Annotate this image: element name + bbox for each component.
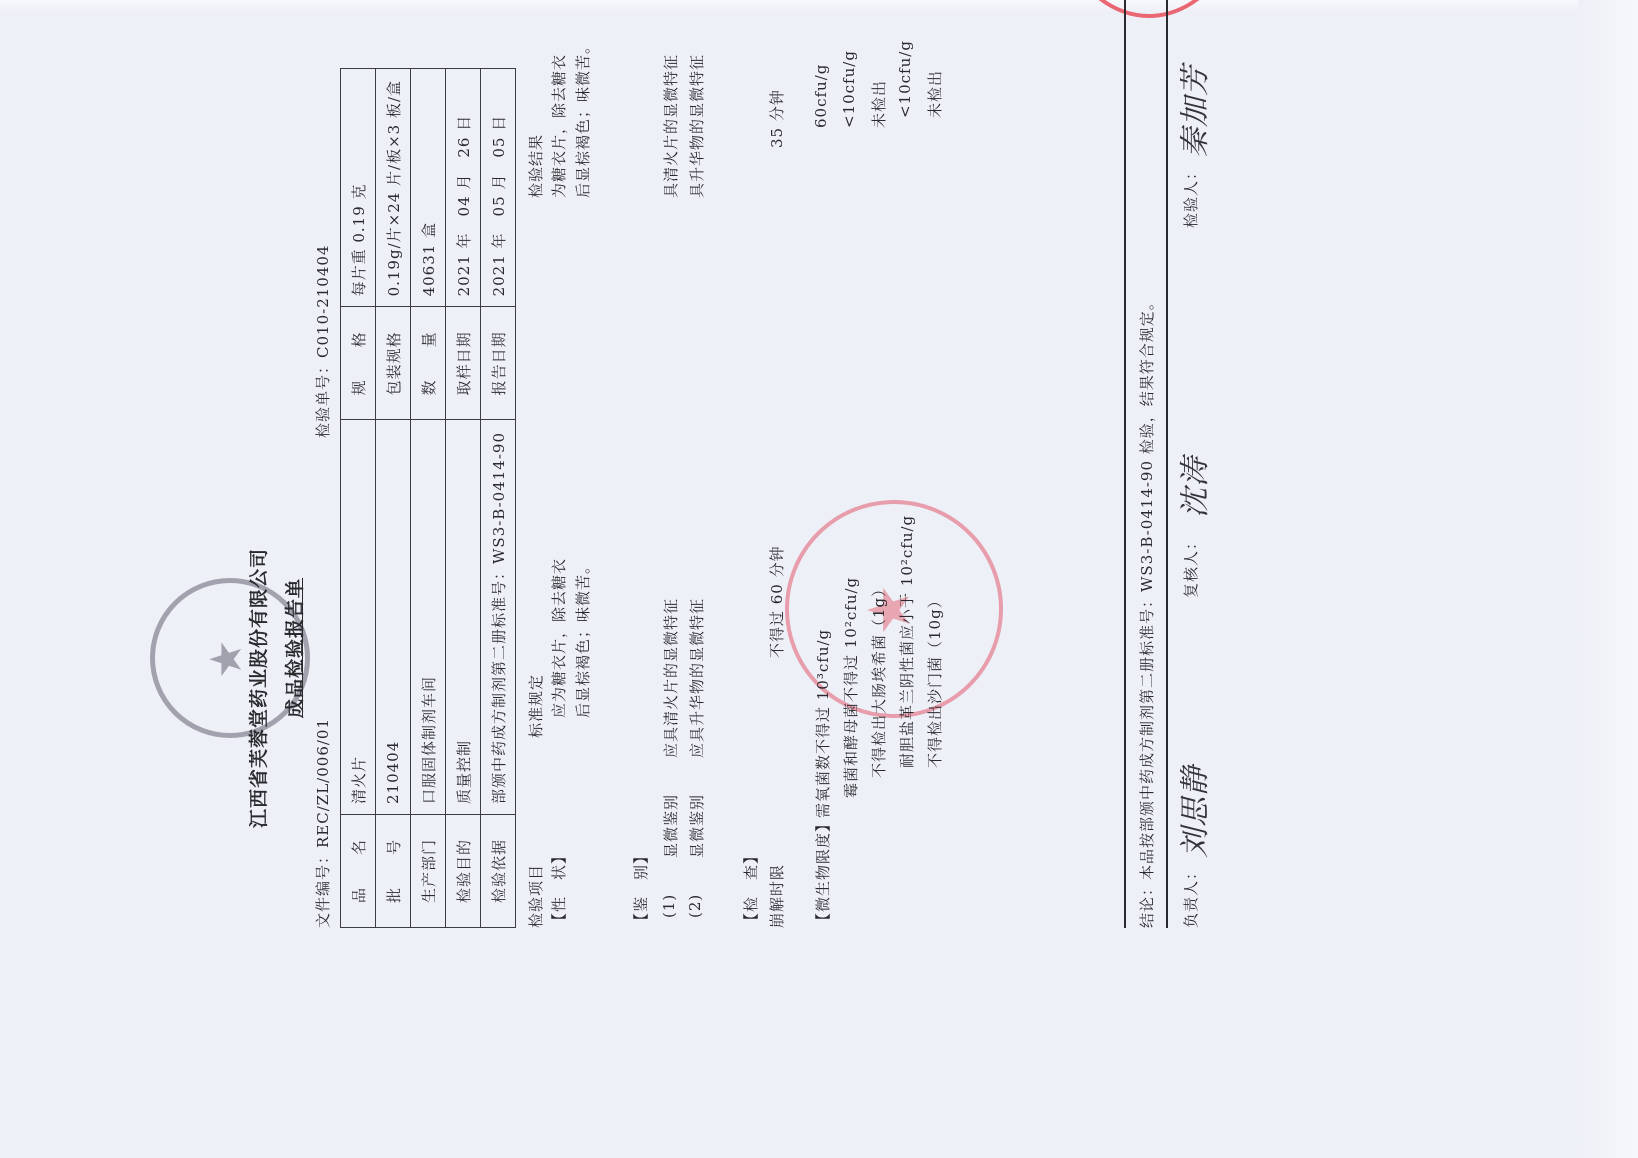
- microbial-4-standard: 耐胆盐革兰阴性菌应小于 10²cfu/g: [896, 515, 917, 768]
- identification-2-standard: 应具升华物的显微特征: [686, 598, 707, 758]
- info-label: 取样日期: [446, 307, 481, 420]
- info-table: 品 名清火片规 格每片重 0.19 克批 号210404包装规格0.19g/片×…: [340, 68, 516, 928]
- identification-1-standard: 应具清火片的显微特征: [660, 598, 681, 758]
- info-value: 2021 年 05 月 05 日: [481, 69, 516, 307]
- info-label: 检验目的: [446, 815, 481, 928]
- info-label: 包装规格: [376, 307, 411, 420]
- microbial-4-result: <10cfu/g: [896, 40, 914, 118]
- identification-1-result: 具清火片的显微特征: [660, 54, 681, 198]
- info-value: 部颁中药成方制剂第二册标准号：WS3-B-0414-90: [481, 420, 516, 815]
- identification-1-no: (1): [660, 894, 678, 918]
- section-character-title: 【性 状】: [548, 848, 569, 928]
- identification-1-name: 显微鉴别: [660, 794, 681, 858]
- info-value: 每片重 0.19 克: [341, 69, 376, 307]
- section-inspection-title: 【检 查】: [740, 848, 761, 928]
- info-label: 规 格: [341, 307, 376, 420]
- column-header-standard: 标准规定: [525, 674, 546, 738]
- microbial-1-result: 60cfu/g: [812, 64, 830, 128]
- identification-2-result: 具升华物的显微特征: [686, 54, 707, 198]
- character-result-2: 后显棕褐色；味微苦。: [572, 38, 593, 198]
- microbial-5-result: 未检出: [924, 70, 945, 118]
- info-label: 检验依据: [481, 815, 516, 928]
- info-row: 生产部门口服固体制剂车间数 量40631 盒: [411, 69, 446, 928]
- info-value: 质量控制: [446, 420, 481, 815]
- inspection-report-sheet: ★ 江西省芙蓉堂药业股份有限公司 成品检验报告单 文件编号：REC/ZL/006…: [240, 0, 1638, 1158]
- info-row: 检验目的质量控制取样日期2021 年 04 月 26 日: [446, 69, 481, 928]
- company-name: 江西省芙蓉堂药业股份有限公司: [244, 548, 271, 828]
- info-value: 口服固体制剂车间: [411, 420, 446, 815]
- microbial-2-result: <10cfu/g: [840, 50, 858, 128]
- inspection-number: 检验单号：C010-210404: [312, 245, 333, 438]
- info-row: 批 号210404包装规格0.19g/片×24 片/板×3 板/盒: [376, 69, 411, 928]
- info-label: 批 号: [376, 815, 411, 928]
- reviewer-label: 复核人：: [1180, 534, 1201, 598]
- inspector-label: 检验人：: [1180, 164, 1201, 228]
- column-header-item: 检验项目: [525, 864, 546, 928]
- info-row: 检验依据部颁中药成方制剂第二册标准号：WS3-B-0414-90报告日期2021…: [481, 69, 516, 928]
- info-value: 2021 年 04 月 26 日: [446, 69, 481, 307]
- report-title: 成品检验报告单: [280, 578, 307, 718]
- character-standard-2: 后显棕褐色；味微苦。: [572, 558, 593, 718]
- info-value: 清火片: [341, 420, 376, 815]
- reviewer-signature: 沈涛: [1170, 456, 1214, 518]
- info-value: 210404: [376, 420, 411, 815]
- info-label: 生产部门: [411, 815, 446, 928]
- info-row: 品 名清火片规 格每片重 0.19 克: [341, 69, 376, 928]
- microbial-3-standard: 不得检出大肠埃希菌（1g）: [868, 581, 889, 778]
- disintegration-name: 崩解时限: [766, 864, 787, 928]
- divider: [1124, 0, 1126, 928]
- divider: [1166, 0, 1168, 928]
- company-seal-stamp: 江西省芙蓉堂药业股份有限公司 ★ 质量管理部专用章: [1050, 0, 1248, 18]
- document-number: 文件编号：REC/ZL/006/01: [312, 718, 333, 928]
- info-label: 报告日期: [481, 307, 516, 420]
- microbial-5-standard: 不得检出沙门菌（10g）: [924, 592, 945, 768]
- inspector-signature: 秦加芳: [1170, 65, 1214, 158]
- responsible-label: 负责人：: [1180, 864, 1201, 928]
- microbial-3-result: 未检出: [868, 80, 889, 128]
- microbial-2-standard: 霉菌和酵母菌不得过 10²cfu/g: [840, 577, 861, 798]
- disintegration-standard: 不得过 60 分钟: [766, 545, 787, 658]
- responsible-signature: 刘思静: [1170, 765, 1214, 858]
- identification-2-name: 显微鉴别: [686, 794, 707, 858]
- conclusion: 结论：本品按部颁中药成方制剂第二册标准号：WS3-B-0414-90 检验，结果…: [1136, 294, 1157, 928]
- info-label: 品 名: [341, 815, 376, 928]
- section-identification-title: 【鉴 别】: [630, 848, 651, 928]
- disintegration-result: 35 分钟: [766, 89, 787, 148]
- character-standard-1: 应为糖衣片，除去糖衣: [548, 558, 569, 718]
- info-value: 40631 盒: [411, 69, 446, 307]
- info-value: 0.19g/片×24 片/板×3 板/盒: [376, 69, 411, 307]
- identification-2-no: (2): [686, 894, 704, 918]
- section-microbial-title: 【微生物限度】: [812, 816, 833, 928]
- info-label: 数 量: [411, 307, 446, 420]
- character-result-1: 为糖衣片，除去糖衣: [548, 54, 569, 198]
- column-header-result: 检验结果: [525, 134, 546, 198]
- microbial-1-standard: 需氧菌数不得过 10³cfu/g: [812, 629, 833, 818]
